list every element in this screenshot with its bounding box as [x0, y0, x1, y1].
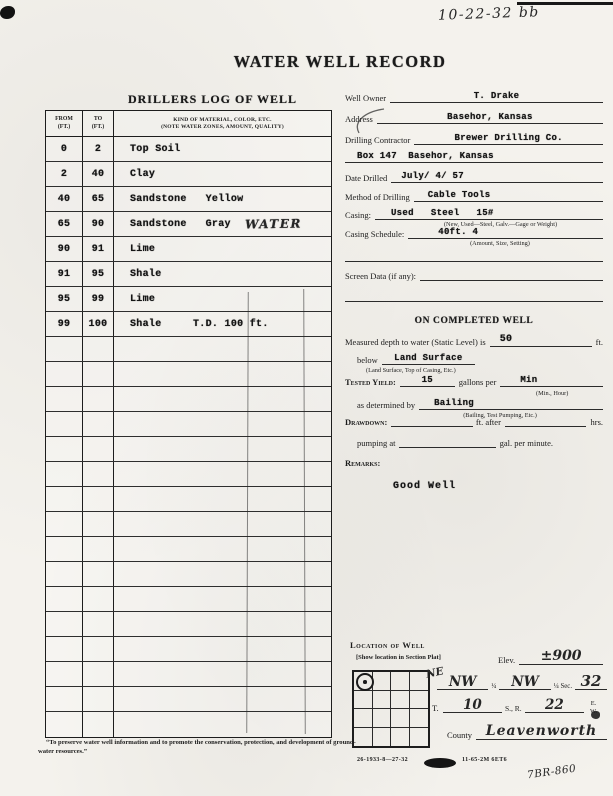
plat-cell: [373, 709, 392, 728]
pumping-suffix: gal. per minute.: [496, 439, 553, 448]
log-to-cell: [83, 337, 114, 361]
tested-yield-value: 15: [422, 375, 433, 385]
log-table-row: 99 100 Shale T.D. 100 ft.: [46, 312, 331, 337]
log-table-row: [46, 487, 331, 512]
log-to-cell: [83, 362, 114, 386]
log-to-cell: [83, 487, 114, 511]
log-to-cell: [83, 437, 114, 461]
log-table-row: [46, 462, 331, 487]
county-value: Leavenworth: [486, 723, 597, 739]
log-from-cell: [46, 437, 83, 461]
log-material-cell: Lime: [114, 237, 331, 261]
blank-rule-2: [345, 284, 603, 302]
log-table-row: [46, 512, 331, 537]
quarter1-value: NW: [449, 674, 477, 690]
drilling-contractor-label: Drilling Contractor: [345, 136, 414, 145]
range-label: S., R.: [502, 705, 525, 713]
material-header-line1: KIND OF MATERIAL, COLOR, ETC.: [173, 117, 272, 124]
log-to-cell: 99: [83, 287, 114, 311]
date-drilled-value: July/ 4/ 57: [401, 171, 464, 181]
log-from-cell: [46, 487, 83, 511]
casing-schedule-label: Casing Schedule:: [345, 230, 408, 239]
section-number-value: 32: [581, 672, 602, 690]
log-material-cell: [114, 612, 331, 636]
log-material-cell: [114, 512, 331, 536]
plat-cell: [391, 691, 410, 710]
depth-to-water-value: 50: [500, 334, 513, 345]
log-table-row: [46, 412, 331, 437]
plat-cell: [373, 728, 392, 747]
log-to-cell: [83, 562, 114, 586]
material-header-line2: (NOTE WATER ZONES, AMOUNT, QUALITY): [161, 124, 284, 131]
east-label: E.: [590, 700, 597, 708]
field-underline: 10: [443, 699, 502, 713]
method-of-drilling-value: Cable Tools: [428, 190, 491, 200]
field-underline: [345, 260, 603, 262]
from-header-line1: FROM: [55, 116, 73, 123]
field-casing: Casing: Used Steel 15#: [345, 202, 603, 220]
location-plat-note: [Show location in Section Plat]: [356, 654, 441, 661]
log-material-cell: [114, 687, 331, 711]
plat-cell: [391, 672, 410, 691]
log-material-cell: [114, 662, 331, 686]
log-material-cell: Shale T.D. 100 ft.: [114, 312, 331, 336]
tested-yield-mid-label: gallons per: [455, 378, 501, 387]
field-underline: Used Steel 15#: [375, 208, 603, 220]
log-table-row: [46, 712, 331, 737]
log-material-cell: [114, 637, 331, 661]
field-contractor-address: Box 147 Basehor, Kansas: [345, 145, 603, 163]
remarks-label: Remarks:: [345, 458, 380, 468]
log-table-row: [46, 387, 331, 412]
field-underline: Box 147 Basehor, Kansas: [345, 151, 603, 163]
pencil-east-mark: [591, 711, 600, 719]
plat-cell: [373, 672, 392, 691]
log-table-row: [46, 587, 331, 612]
log-table-row: 90 91 Lime: [46, 237, 331, 262]
log-to-cell: 2: [83, 137, 114, 161]
log-from-cell: [46, 512, 83, 536]
log-to-cell: [83, 387, 114, 411]
log-table-row: 95 99 Lime: [46, 287, 331, 312]
log-to-cell: [83, 587, 114, 611]
log-table-row: [46, 537, 331, 562]
depth-to-water-label: Measured depth to water (Static Level) i…: [345, 338, 490, 347]
field-underline: [399, 446, 495, 448]
field-elevation: Elev. ±900: [498, 647, 603, 665]
blank-rule-1: [345, 244, 603, 262]
log-material-cell: Top Soil: [114, 137, 331, 161]
log-to-cell: 100: [83, 312, 114, 336]
field-method-of-drilling: Method of Drilling Cable Tools: [345, 184, 603, 202]
field-underline: Basehor, Kansas: [377, 112, 603, 124]
field-date-drilled: Date Drilled July/ 4/ 57: [345, 165, 603, 183]
log-to-cell: [83, 662, 114, 686]
completed-well-heading: ON COMPLETED WELL: [345, 316, 603, 326]
field-casing-schedule: Casing Schedule: 40ft. 4: [345, 221, 603, 239]
water-well-record-form: 10-22-32 bb WATER WELL RECORD DRILLERS L…: [0, 0, 613, 796]
to-header-line1: TO: [94, 116, 102, 123]
log-to-cell: [83, 462, 114, 486]
field-screen-data: Screen Data (if any):: [345, 263, 603, 281]
remarks-value: Good Well: [393, 481, 456, 492]
log-from-cell: [46, 537, 83, 561]
log-from-cell: 90: [46, 237, 83, 261]
quarter-sep2: ¼ Sec.: [551, 683, 575, 690]
log-col-material: KIND OF MATERIAL, COLOR, ETC. (NOTE WATE…: [114, 111, 331, 136]
log-to-cell: [83, 612, 114, 636]
field-underline: Min: [500, 375, 603, 387]
log-table-row: [46, 562, 331, 587]
log-material-cell: [114, 387, 331, 411]
township-label: T.: [432, 704, 443, 713]
log-to-cell: [83, 412, 114, 436]
method-of-drilling-label: Method of Drilling: [345, 193, 414, 202]
handwritten-record-id: 10-22-32 bb: [438, 4, 540, 24]
field-underline: 15: [400, 375, 455, 387]
log-from-cell: [46, 712, 83, 737]
log-to-cell: 95: [83, 262, 114, 286]
quarter2-value: NW: [511, 674, 539, 690]
field-underline: [345, 300, 603, 302]
field-pumping: pumping at gal. per minute.: [357, 430, 553, 448]
log-from-cell: 65: [46, 212, 83, 236]
field-underline: [505, 425, 587, 427]
log-table-row: [46, 637, 331, 662]
log-to-cell: 65: [83, 187, 114, 211]
drawdown-suffix: hrs.: [586, 418, 603, 427]
drillers-log-table: FROM (FT.) TO (FT.) KIND OF MATERIAL, CO…: [45, 110, 332, 738]
field-underline: NW: [437, 676, 488, 690]
below-value: Land Surface: [394, 353, 462, 363]
log-from-cell: [46, 337, 83, 361]
log-from-cell: 99: [46, 312, 83, 336]
depth-to-water-suffix: ft.: [592, 338, 603, 347]
log-table-row: [46, 612, 331, 637]
log-to-cell: 90: [83, 212, 114, 236]
log-table-row: 2 40 Clay: [46, 162, 331, 187]
log-material-cell: Sandstone Gray WATER: [114, 212, 331, 236]
casing-value: Used Steel 15#: [391, 208, 494, 218]
field-underline: Land Surface: [382, 353, 475, 365]
log-from-cell: [46, 387, 83, 411]
field-underline: T. Drake: [390, 91, 603, 103]
log-col-from: FROM (FT.): [46, 111, 83, 136]
determined-by-value: Bailing: [434, 398, 474, 408]
field-underline: 22: [525, 699, 584, 713]
log-material-cell: Clay: [114, 162, 331, 186]
log-to-cell: [83, 712, 114, 737]
field-underline: [391, 425, 473, 427]
drilling-contractor-value: Brewer Drilling Co.: [455, 133, 563, 143]
log-table-row: 65 90 Sandstone Gray WATER: [46, 212, 331, 237]
log-table-body: 0 2 Top Soil 2 40 Clay 40 65 Sandstone Y…: [46, 137, 331, 737]
field-depth-to-water: Measured depth to water (Static Level) i…: [345, 329, 603, 347]
log-material-cell: [114, 437, 331, 461]
field-underline: 32: [575, 675, 607, 690]
log-material-cell: Shale: [114, 262, 331, 286]
plat-cell: [391, 728, 410, 747]
log-from-cell: [46, 362, 83, 386]
field-underline: NW: [499, 676, 550, 690]
field-underline: Brewer Drilling Co.: [414, 133, 603, 145]
plat-cell: [373, 691, 392, 710]
log-table-row: [46, 687, 331, 712]
elevation-value: ±900: [541, 648, 582, 664]
pumping-label: pumping at: [357, 439, 399, 448]
log-table-row: [46, 362, 331, 387]
page-title: WATER WELL RECORD: [120, 52, 560, 72]
tested-yield-unit-value: Min: [520, 375, 537, 385]
log-table-row: 0 2 Top Soil: [46, 137, 331, 162]
field-underline: Cable Tools: [414, 190, 603, 202]
well-location-mark: [356, 673, 374, 691]
from-header-line2: (FT.): [58, 124, 70, 131]
drawdown-mid-label: ft. after: [473, 418, 505, 427]
printers-union-logo: [424, 758, 456, 768]
location-heading: Location of Well: [350, 640, 425, 650]
log-from-cell: 2: [46, 162, 83, 186]
county-label: County: [447, 731, 476, 740]
plat-cell: [354, 709, 373, 728]
log-material-cell: [114, 712, 331, 737]
log-to-cell: [83, 512, 114, 536]
log-material-cell: [114, 562, 331, 586]
field-underline: Leavenworth: [476, 725, 607, 740]
log-from-cell: 40: [46, 187, 83, 211]
plat-cell: [410, 709, 429, 728]
quarter-sep1: ¼: [488, 683, 499, 690]
plat-cell: [354, 728, 373, 747]
field-quarter-section: NW ¼ NW ¼ Sec. 32: [437, 671, 607, 690]
print-code-right: 11-65-2M 6ET6: [462, 757, 507, 763]
well-owner-value: T. Drake: [474, 91, 520, 101]
date-drilled-label: Date Drilled: [345, 174, 391, 183]
log-material-cell: [114, 487, 331, 511]
log-table-row: 40 65 Sandstone Yellow: [46, 187, 331, 212]
log-material-cell: Lime: [114, 287, 331, 311]
log-table-header: FROM (FT.) TO (FT.) KIND OF MATERIAL, CO…: [46, 111, 331, 137]
log-from-cell: [46, 687, 83, 711]
log-material-cell: [114, 587, 331, 611]
log-from-cell: 95: [46, 287, 83, 311]
log-material-cell: [114, 462, 331, 486]
handwritten-water-note: WATER: [245, 217, 302, 232]
log-material-cell: [114, 337, 331, 361]
log-col-to: TO (FT.): [83, 111, 114, 136]
log-from-cell: 0: [46, 137, 83, 161]
log-material-cell: [114, 412, 331, 436]
range-value: 22: [545, 697, 564, 713]
field-township-range: T. 10 S., R. 22: [432, 694, 584, 713]
elevation-label: Elev.: [498, 656, 519, 665]
plat-cell: [410, 691, 429, 710]
log-from-cell: [46, 637, 83, 661]
log-from-cell: [46, 612, 83, 636]
plat-cell: [410, 728, 429, 747]
well-owner-label: Well Owner: [345, 94, 390, 103]
contractor-address-value: Box 147 Basehor, Kansas: [357, 151, 494, 161]
handwritten-bottom-id: 7BR-860: [526, 763, 577, 782]
log-from-cell: [46, 662, 83, 686]
plat-cell: [391, 709, 410, 728]
township-value: 10: [463, 697, 482, 713]
log-table-row: 91 95 Shale: [46, 262, 331, 287]
screen-data-label: Screen Data (if any):: [345, 272, 420, 281]
log-material-cell: Sandstone Yellow: [114, 187, 331, 211]
field-underline: July/ 4/ 57: [391, 171, 603, 183]
drillers-log-heading: DRILLERS LOG OF WELL: [70, 92, 355, 107]
tested-yield-label: Tested Yield:: [345, 378, 400, 387]
field-underline: ±900: [519, 650, 603, 665]
field-tested-yield: Tested Yield: 15 gallons per Min: [345, 369, 603, 387]
log-material-cell: [114, 362, 331, 386]
log-from-cell: [46, 562, 83, 586]
log-to-cell: 91: [83, 237, 114, 261]
log-table-row: [46, 437, 331, 462]
casing-schedule-value: 40ft. 4: [438, 227, 478, 237]
field-well-owner: Well Owner T. Drake: [345, 85, 603, 103]
field-underline: [420, 279, 603, 281]
log-from-cell: [46, 587, 83, 611]
log-from-cell: [46, 412, 83, 436]
field-determined-by: as determined by Bailing: [357, 392, 603, 410]
plat-cell: [354, 691, 373, 710]
log-from-cell: 91: [46, 262, 83, 286]
log-to-cell: [83, 687, 114, 711]
log-from-cell: [46, 462, 83, 486]
casing-label: Casing:: [345, 211, 375, 220]
address-value: Basehor, Kansas: [447, 112, 533, 122]
field-underline: 50: [490, 334, 592, 348]
form-footnote: “To preserve water well information and …: [38, 739, 370, 756]
field-drawdown: Drawdown: ft. after hrs.: [345, 409, 603, 427]
drawdown-label: Drawdown:: [345, 418, 391, 427]
field-below: below Land Surface: [357, 347, 475, 365]
log-to-cell: 40: [83, 162, 114, 186]
scan-corner-blob: [0, 6, 15, 19]
log-to-cell: [83, 537, 114, 561]
to-header-line2: (FT.): [92, 124, 104, 131]
below-label: below: [357, 356, 382, 365]
log-material-cell: [114, 537, 331, 561]
field-county: County Leavenworth: [447, 721, 607, 740]
log-to-cell: [83, 637, 114, 661]
field-underline: 40ft. 4: [408, 227, 603, 239]
print-code-left: 26-1933-8—27-32: [357, 757, 408, 763]
log-table-row: [46, 662, 331, 687]
log-table-row: [46, 337, 331, 362]
field-drilling-contractor: Drilling Contractor Brewer Drilling Co.: [345, 127, 603, 145]
